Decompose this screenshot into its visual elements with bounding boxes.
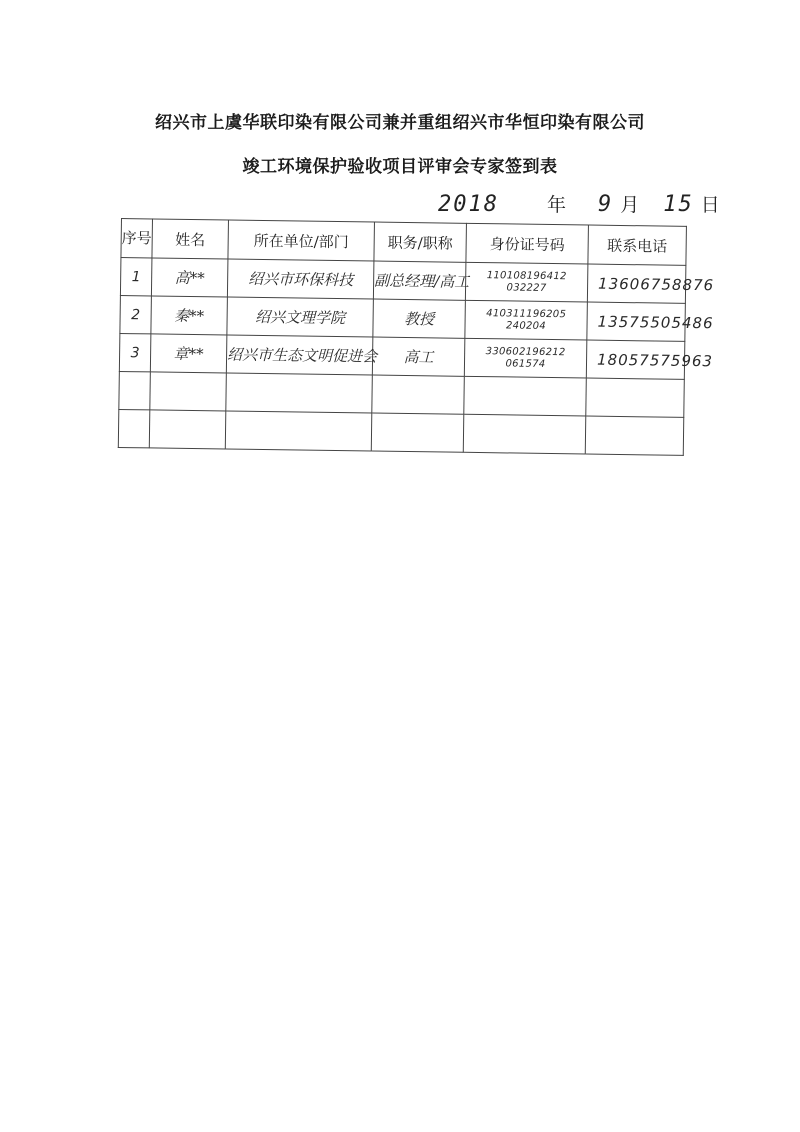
- cell-phone: 13575505486: [587, 302, 686, 341]
- document-title-line1: 绍兴市上虞华联印染有限公司兼并重组绍兴市华恒印染有限公司: [0, 108, 800, 133]
- cell-title: [372, 375, 465, 414]
- date-day-label: 日: [701, 190, 720, 217]
- cell-id-number: [464, 376, 587, 416]
- cell-name: 高**: [151, 258, 228, 297]
- cell-name: 章**: [150, 334, 227, 373]
- cell-organization: 绍兴市生态文明促进会: [226, 335, 373, 375]
- cell-phone: [586, 378, 685, 417]
- header-title: 职务/职称: [374, 222, 467, 262]
- cell-seq: 3: [119, 333, 151, 371]
- cell-title: [371, 413, 464, 452]
- cell-organization: [226, 373, 373, 413]
- header-id-number: 身份证号码: [466, 223, 589, 264]
- cell-phone: 13606758876: [587, 264, 686, 303]
- date-year-label: 年: [547, 190, 566, 217]
- cell-phone: 18057575963: [586, 340, 685, 379]
- date-year: 2018: [438, 192, 499, 217]
- header-seq: 序号: [121, 219, 153, 258]
- header-name: 姓名: [152, 219, 229, 259]
- date-month-label: 月: [620, 190, 639, 217]
- signing-date: 2018 年 9 月 15 日: [438, 190, 720, 217]
- header-organization: 所在单位/部门: [228, 220, 375, 261]
- table-row: [118, 409, 683, 455]
- cell-seq: [119, 371, 151, 409]
- cell-seq: [118, 409, 150, 447]
- cell-id-number: [463, 414, 586, 454]
- cell-id-number: 110108196412032227: [465, 262, 588, 302]
- cell-title: 高工: [372, 337, 465, 376]
- cell-organization: [225, 411, 372, 451]
- date-month: 9: [598, 192, 613, 217]
- cell-name: [150, 372, 227, 411]
- cell-name: 秦**: [151, 296, 228, 335]
- cell-seq: 1: [120, 258, 152, 296]
- document-title-line2: 竣工环境保护验收项目评审会专家签到表: [0, 152, 800, 177]
- cell-name: [149, 410, 226, 449]
- cell-phone: [585, 416, 684, 455]
- cell-organization: 绍兴文理学院: [227, 297, 374, 337]
- cell-id-number: 330602196212061574: [464, 338, 587, 378]
- cell-title: 副总经理/高工: [373, 261, 466, 300]
- date-day: 15: [663, 192, 694, 217]
- cell-title: 教授: [373, 299, 466, 338]
- cell-seq: 2: [120, 295, 152, 333]
- cell-id-number: 410311196205240204: [465, 300, 588, 340]
- header-phone: 联系电话: [588, 225, 687, 265]
- cell-organization: 绍兴市环保科技: [227, 259, 374, 299]
- expert-signin-table: 序号 姓名 所在单位/部门 职务/职称 身份证号码 联系电话 1 高** 绍兴市…: [118, 218, 686, 456]
